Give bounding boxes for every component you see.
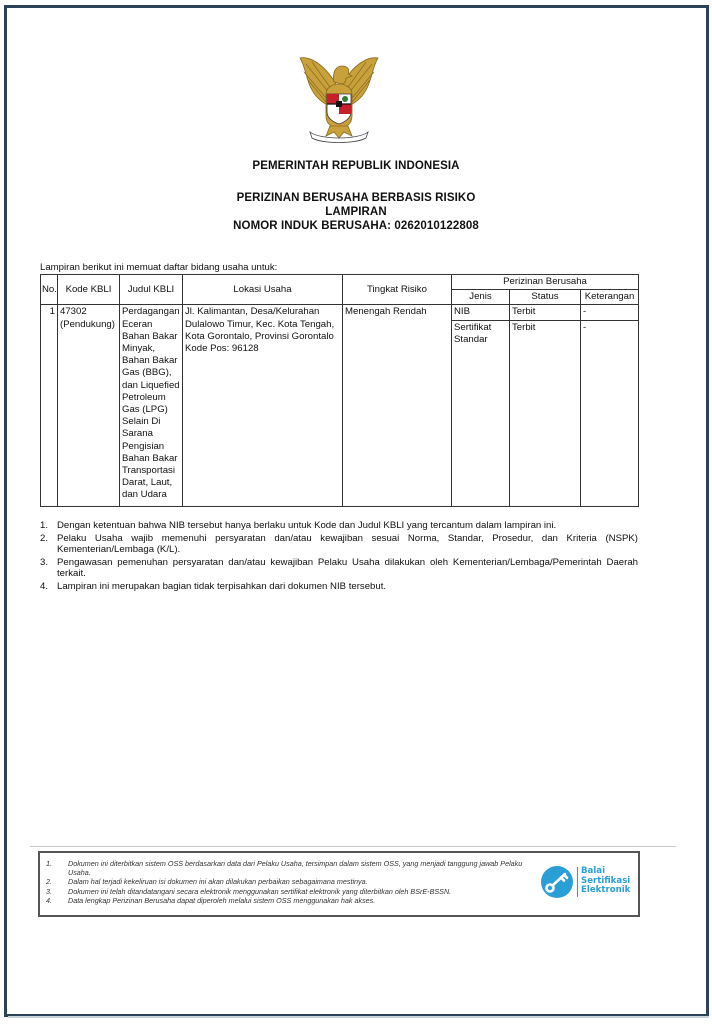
header-no: No.: [41, 275, 58, 305]
header-perizinan-berusaha: Perizinan Berusaha: [452, 275, 639, 290]
note-item: 1.Dengan ketentuan bahwa NIB tersebut ha…: [40, 520, 638, 532]
header-kode-kbli: Kode KBLI: [58, 275, 120, 305]
disclaimer-text: Data lengkap Perizinan Berusaha dapat di…: [68, 896, 375, 905]
bsre-divider: [577, 867, 578, 897]
disclaimer-number: 3.: [46, 887, 52, 896]
note-number: 4.: [40, 581, 48, 593]
kbli-table: No. Kode KBLI Judul KBLI Lokasi Usaha Ti…: [40, 274, 639, 507]
disclaimer-item: 1.Dokumen ini diterbitkan sistem OSS ber…: [46, 859, 526, 877]
note-item: 2.Pelaku Usaha wajib memenuhi persyarata…: [40, 533, 638, 556]
table-row: 1 47302 (Pendukung) Perdagangan Eceran B…: [41, 305, 639, 320]
bsre-logo: Balai Sertifikasi Elektronik: [540, 863, 635, 903]
note-number: 1.: [40, 520, 48, 532]
document-subtitle: LAMPIRAN: [0, 206, 712, 218]
disclaimer-list: 1.Dokumen ini diterbitkan sistem OSS ber…: [46, 859, 526, 905]
disclaimer-item: 2.Dalam hal terjadi kekeliruan isi dokum…: [46, 877, 526, 886]
header-judul-kbli: Judul KBLI: [120, 275, 183, 305]
cell-no: 1: [41, 305, 58, 506]
disclaimer-text: Dokumen ini diterbitkan sistem OSS berda…: [68, 859, 522, 877]
header-lokasi-usaha: Lokasi Usaha: [183, 275, 343, 305]
bsre-line-3: Elektronik: [581, 886, 630, 896]
cell-jenis: Sertifikat Standar: [452, 320, 510, 506]
cell-tingkat-risiko: Menengah Rendah: [343, 305, 452, 506]
cell-jenis: NIB: [452, 305, 510, 320]
cell-keterangan: -: [581, 305, 639, 320]
note-item: 4.Lampiran ini merupakan bagian tidak te…: [40, 581, 638, 593]
disclaimer-text: Dalam hal terjadi kekeliruan isi dokumen…: [68, 877, 368, 886]
lokasi-kode-pos: Kode Pos: 96128: [185, 343, 340, 355]
footer-disclaimer-box: 1.Dokumen ini diterbitkan sistem OSS ber…: [38, 851, 640, 917]
bsre-text: Balai Sertifikasi Elektronik: [581, 867, 630, 896]
disclaimer-number: 4.: [46, 896, 52, 905]
cell-status: Terbit: [510, 305, 581, 320]
note-text: Pengawasan pemenuhan persyaratan dan/ata…: [57, 557, 638, 580]
note-text: Lampiran ini merupakan bagian tidak terp…: [57, 581, 386, 592]
disclaimer-number: 1.: [46, 859, 52, 868]
notes-list: 1.Dengan ketentuan bahwa NIB tersebut ha…: [40, 520, 638, 594]
document-title: PERIZINAN BERUSAHA BERBASIS RISIKO: [0, 192, 712, 204]
disclaimer-text: Dokumen ini telah ditandatangani secara …: [68, 887, 451, 896]
header-status: Status: [510, 290, 581, 305]
cell-lokasi-usaha: Jl. Kalimantan, Desa/Kelurahan Dulalowo …: [183, 305, 343, 506]
note-text: Dengan ketentuan bahwa NIB tersebut hany…: [57, 520, 556, 531]
garuda-emblem-icon: [296, 54, 382, 144]
bsre-key-icon: [540, 865, 574, 899]
cell-judul-kbli: Perdagangan Eceran Bahan Bakar Minyak, B…: [120, 305, 183, 506]
note-item: 3.Pengawasan pemenuhan persyaratan dan/a…: [40, 557, 638, 580]
footer-separator: [30, 846, 676, 847]
disclaimer-number: 2.: [46, 877, 52, 886]
disclaimer-item: 4.Data lengkap Perizinan Berusaha dapat …: [46, 896, 526, 905]
page-frame-shadow: [8, 1016, 709, 1018]
note-number: 3.: [40, 557, 48, 569]
cell-status: Terbit: [510, 320, 581, 506]
government-title: PEMERINTAH REPUBLIK INDONESIA: [0, 160, 712, 172]
note-text: Pelaku Usaha wajib memenuhi persyaratan …: [57, 533, 638, 556]
cell-keterangan: -: [581, 320, 639, 506]
header-keterangan: Keterangan: [581, 290, 639, 305]
intro-text: Lampiran berikut ini memuat daftar bidan…: [40, 262, 277, 273]
note-number: 2.: [40, 533, 48, 545]
lokasi-address: Jl. Kalimantan, Desa/Kelurahan Dulalowo …: [185, 306, 340, 343]
nib-number: NOMOR INDUK BERUSAHA: 0262010122808: [0, 220, 712, 232]
header-jenis: Jenis: [452, 290, 510, 305]
cell-kode-kbli: 47302 (Pendukung): [58, 305, 120, 506]
header-tingkat-risiko: Tingkat Risiko: [343, 275, 452, 305]
table-header-row: No. Kode KBLI Judul KBLI Lokasi Usaha Ti…: [41, 275, 639, 290]
disclaimer-item: 3.Dokumen ini telah ditandatangani secar…: [46, 887, 526, 896]
